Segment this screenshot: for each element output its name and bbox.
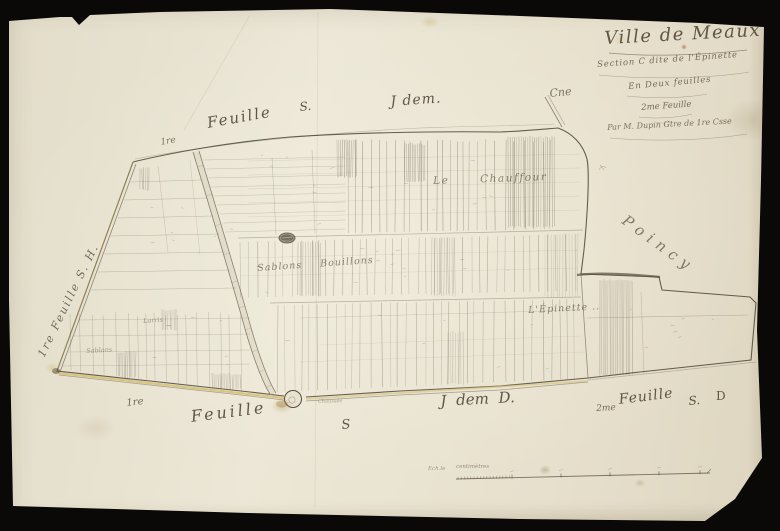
sheet-label-commune: Cne: [549, 86, 572, 99]
place-small-chaussee: Chaussée: [318, 399, 342, 405]
sheet-label-top-s: S.: [299, 100, 312, 113]
sheet-label-bottom-right-s: S.: [688, 394, 701, 407]
sheet-label-bottom-right-d: D: [716, 390, 726, 402]
map-sheet: Ville de Meaux Section C dite de l'Épine…: [0, 0, 780, 531]
scale-caption: Ech.le: [428, 467, 445, 473]
sheet-label-bottom-s: S: [341, 418, 351, 432]
place-small-sablons: Sablons: [86, 347, 112, 355]
sheet-label-idem-top: J dem.: [390, 91, 442, 109]
sheet-label-idem-bottom: J dem D.: [440, 390, 515, 409]
photo-background: Ville de Meaux Section C dite de l'Épine…: [0, 0, 780, 531]
place-small-larris: Larris: [143, 317, 163, 325]
sheet-label-bottom-right-number: 2me: [596, 404, 616, 414]
sheet-label-bottom-number: 1re: [126, 397, 144, 409]
scale-unit-caption: centimètres: [456, 465, 489, 471]
